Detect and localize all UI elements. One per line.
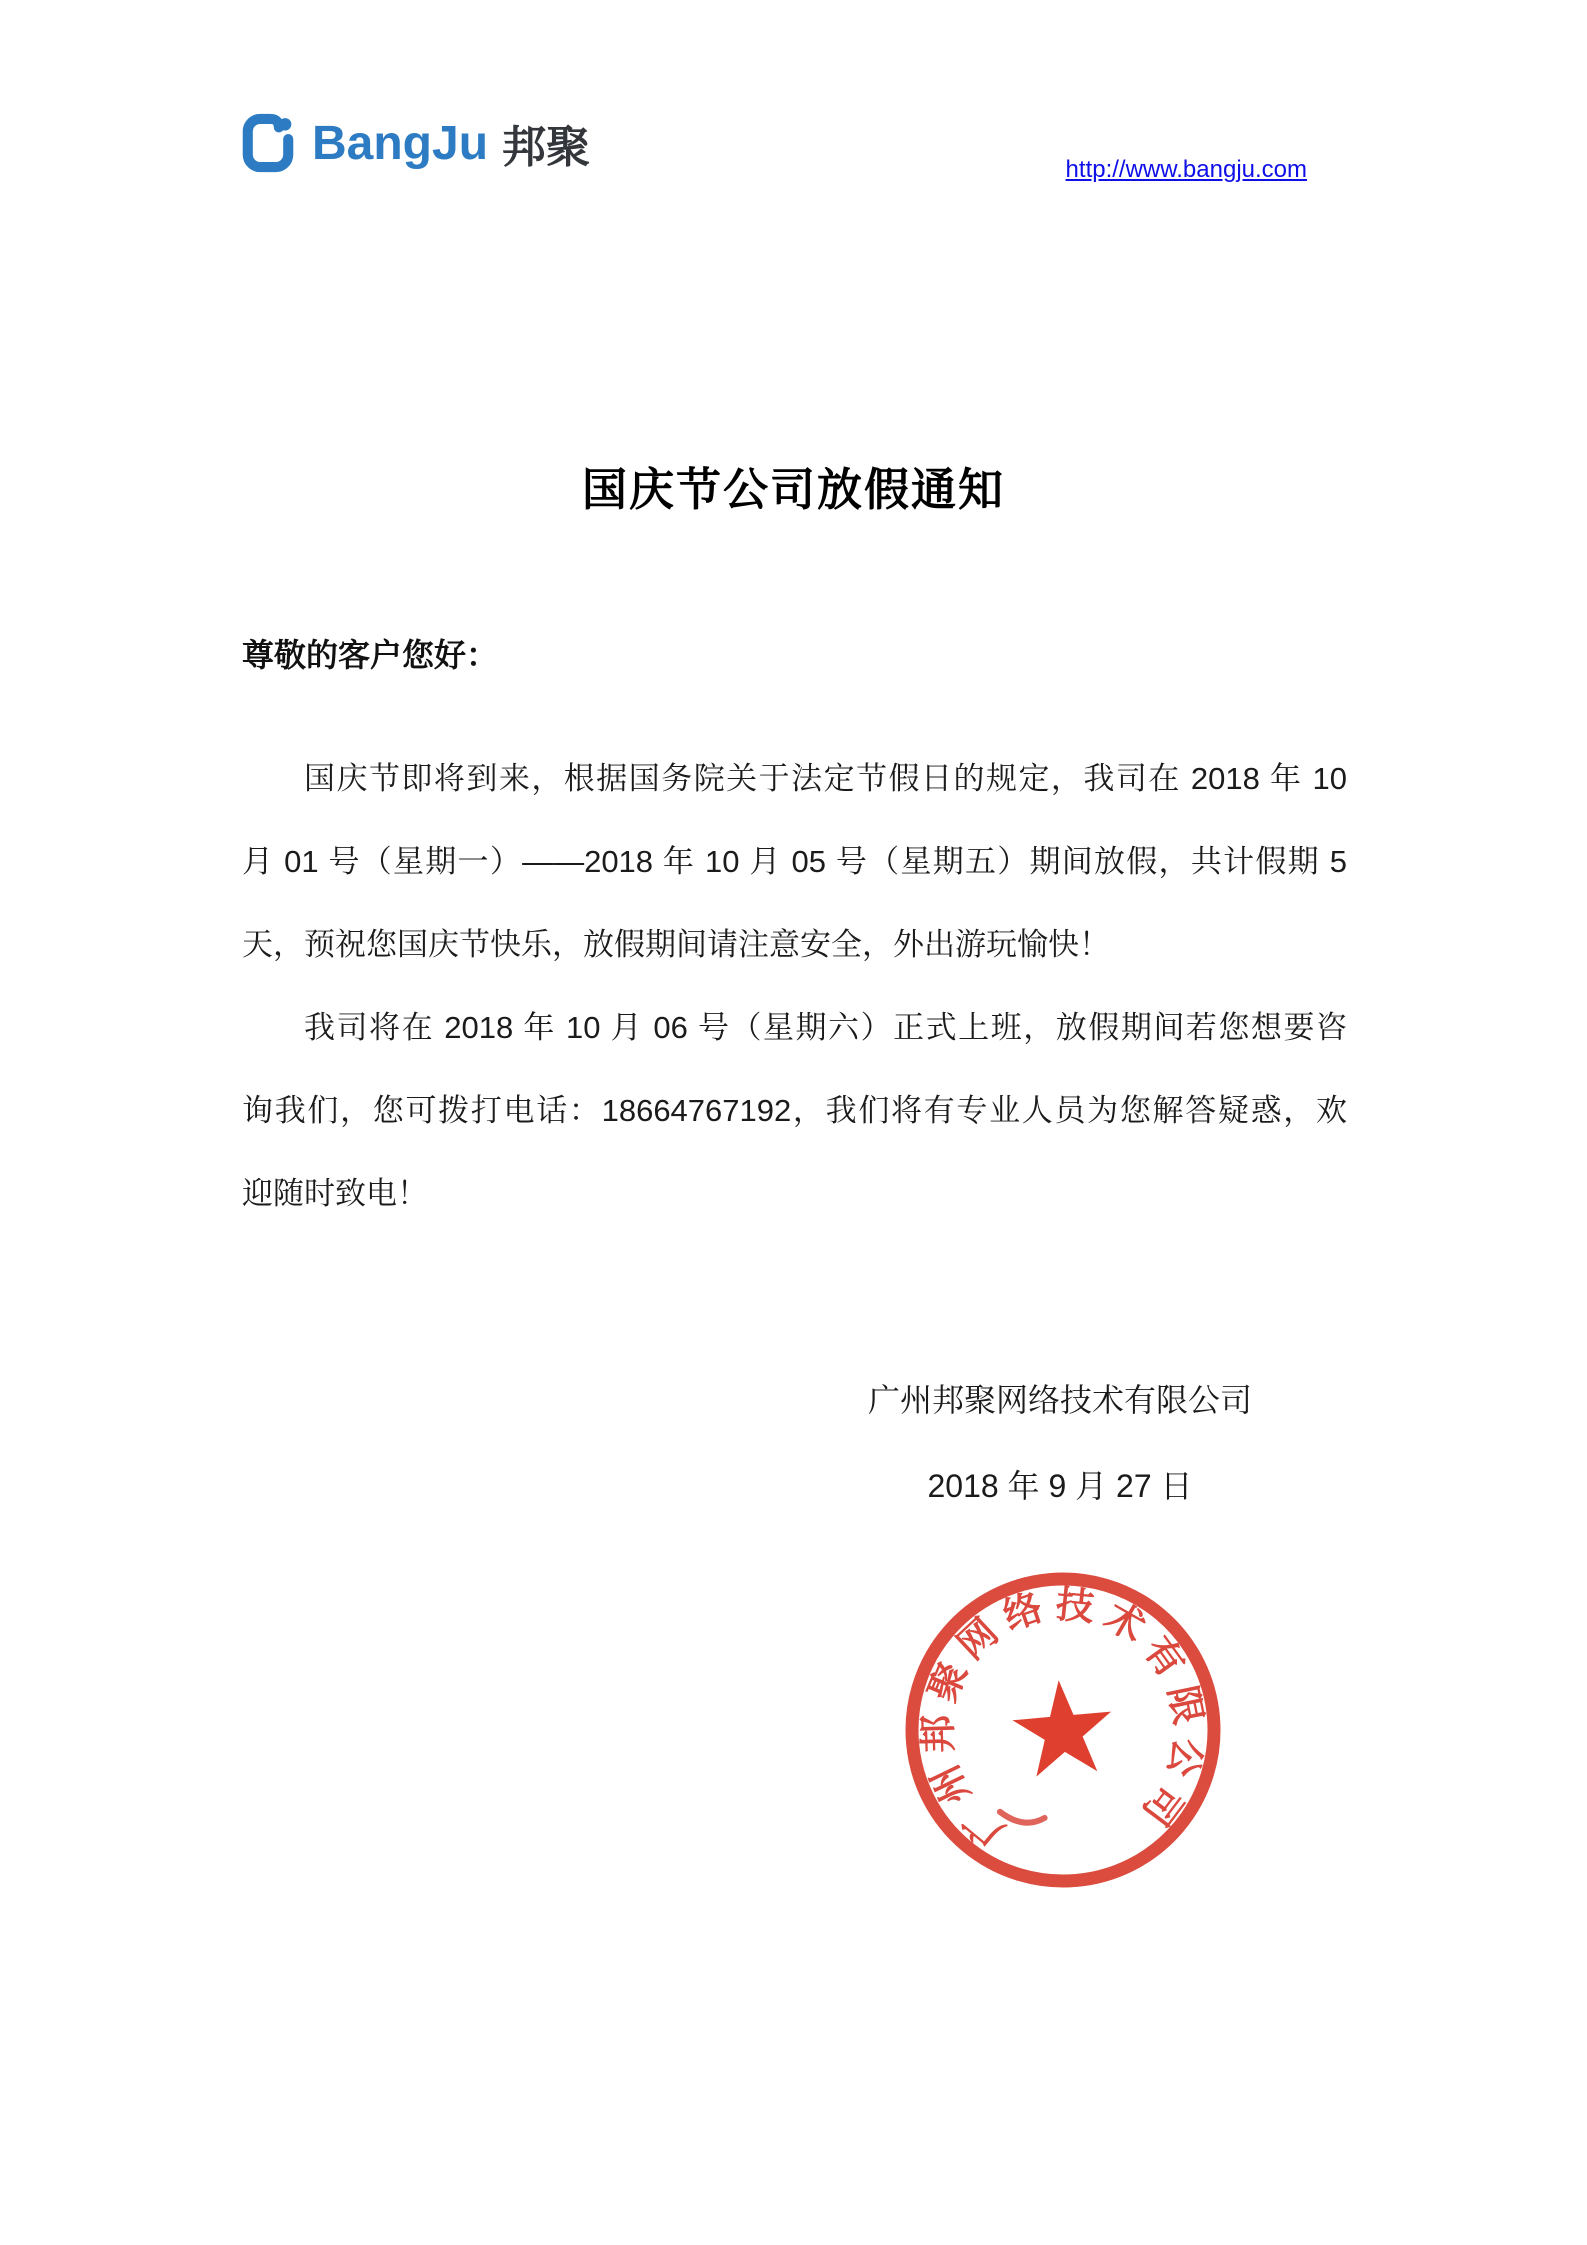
- body-line: 询我们，您可拨打电话：18664767192，我们将有专业人员为您解答疑惑，欢: [242, 1069, 1347, 1152]
- company-seal: 广州邦聚网络技术有限公司: [884, 1551, 1242, 1909]
- greeting-line: 尊敬的客户您好：: [242, 630, 498, 676]
- logo-text-cjk: 邦聚: [502, 111, 590, 175]
- seal-star-icon: [1009, 1676, 1116, 1778]
- body-line: 国庆节即将到来，根据国务院关于法定节假日的规定，我司在 2018 年 10: [242, 737, 1347, 820]
- document-page: BangJu 邦聚 http://www.bangju.com 国庆节公司放假通…: [0, 0, 1587, 2245]
- signature-date: 2018 年 9 月 27 日: [750, 1461, 1370, 1507]
- bangju-logo-icon: [240, 110, 296, 176]
- body-line: 迎随时致电！: [242, 1152, 1347, 1235]
- website-link[interactable]: http://www.bangju.com: [1066, 156, 1307, 184]
- body-line: 天，预祝您国庆节快乐，放假期间请注意安全，外出游玩愉快！: [242, 903, 1347, 986]
- logo-text-latin: BangJu: [312, 116, 488, 171]
- body-line: 月 01 号（星期一）——2018 年 10 月 05 号（星期五）期间放假，共…: [242, 820, 1347, 903]
- body-line: 我司将在 2018 年 10 月 06 号（星期六）正式上班，放假期间若您想要咨: [242, 986, 1347, 1069]
- notice-body: 国庆节即将到来，根据国务院关于法定节假日的规定，我司在 2018 年 10 月 …: [242, 737, 1347, 1235]
- page-title: 国庆节公司放假通知: [0, 453, 1587, 518]
- bangju-logo: BangJu 邦聚: [240, 110, 590, 176]
- signature-company: 广州邦聚网络技术有限公司: [750, 1375, 1370, 1421]
